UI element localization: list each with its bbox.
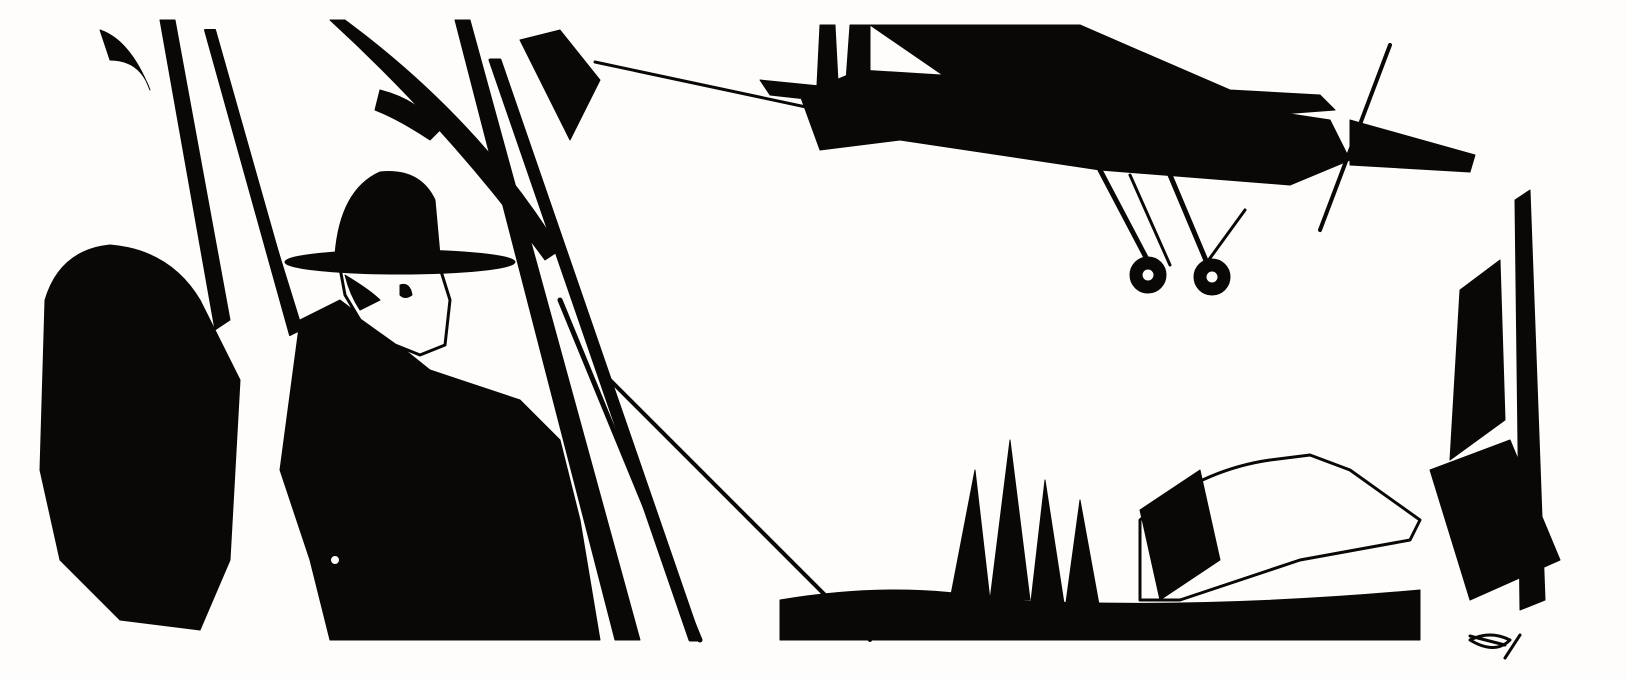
illustration-scene: A ranger in a campaign hat carrying a ba… <box>0 0 1626 679</box>
illustration-canvas <box>0 0 1626 679</box>
distant-hills <box>780 440 1420 640</box>
tree-right <box>1430 190 1560 610</box>
airplane <box>595 25 1475 295</box>
artist-mark <box>1470 635 1520 658</box>
